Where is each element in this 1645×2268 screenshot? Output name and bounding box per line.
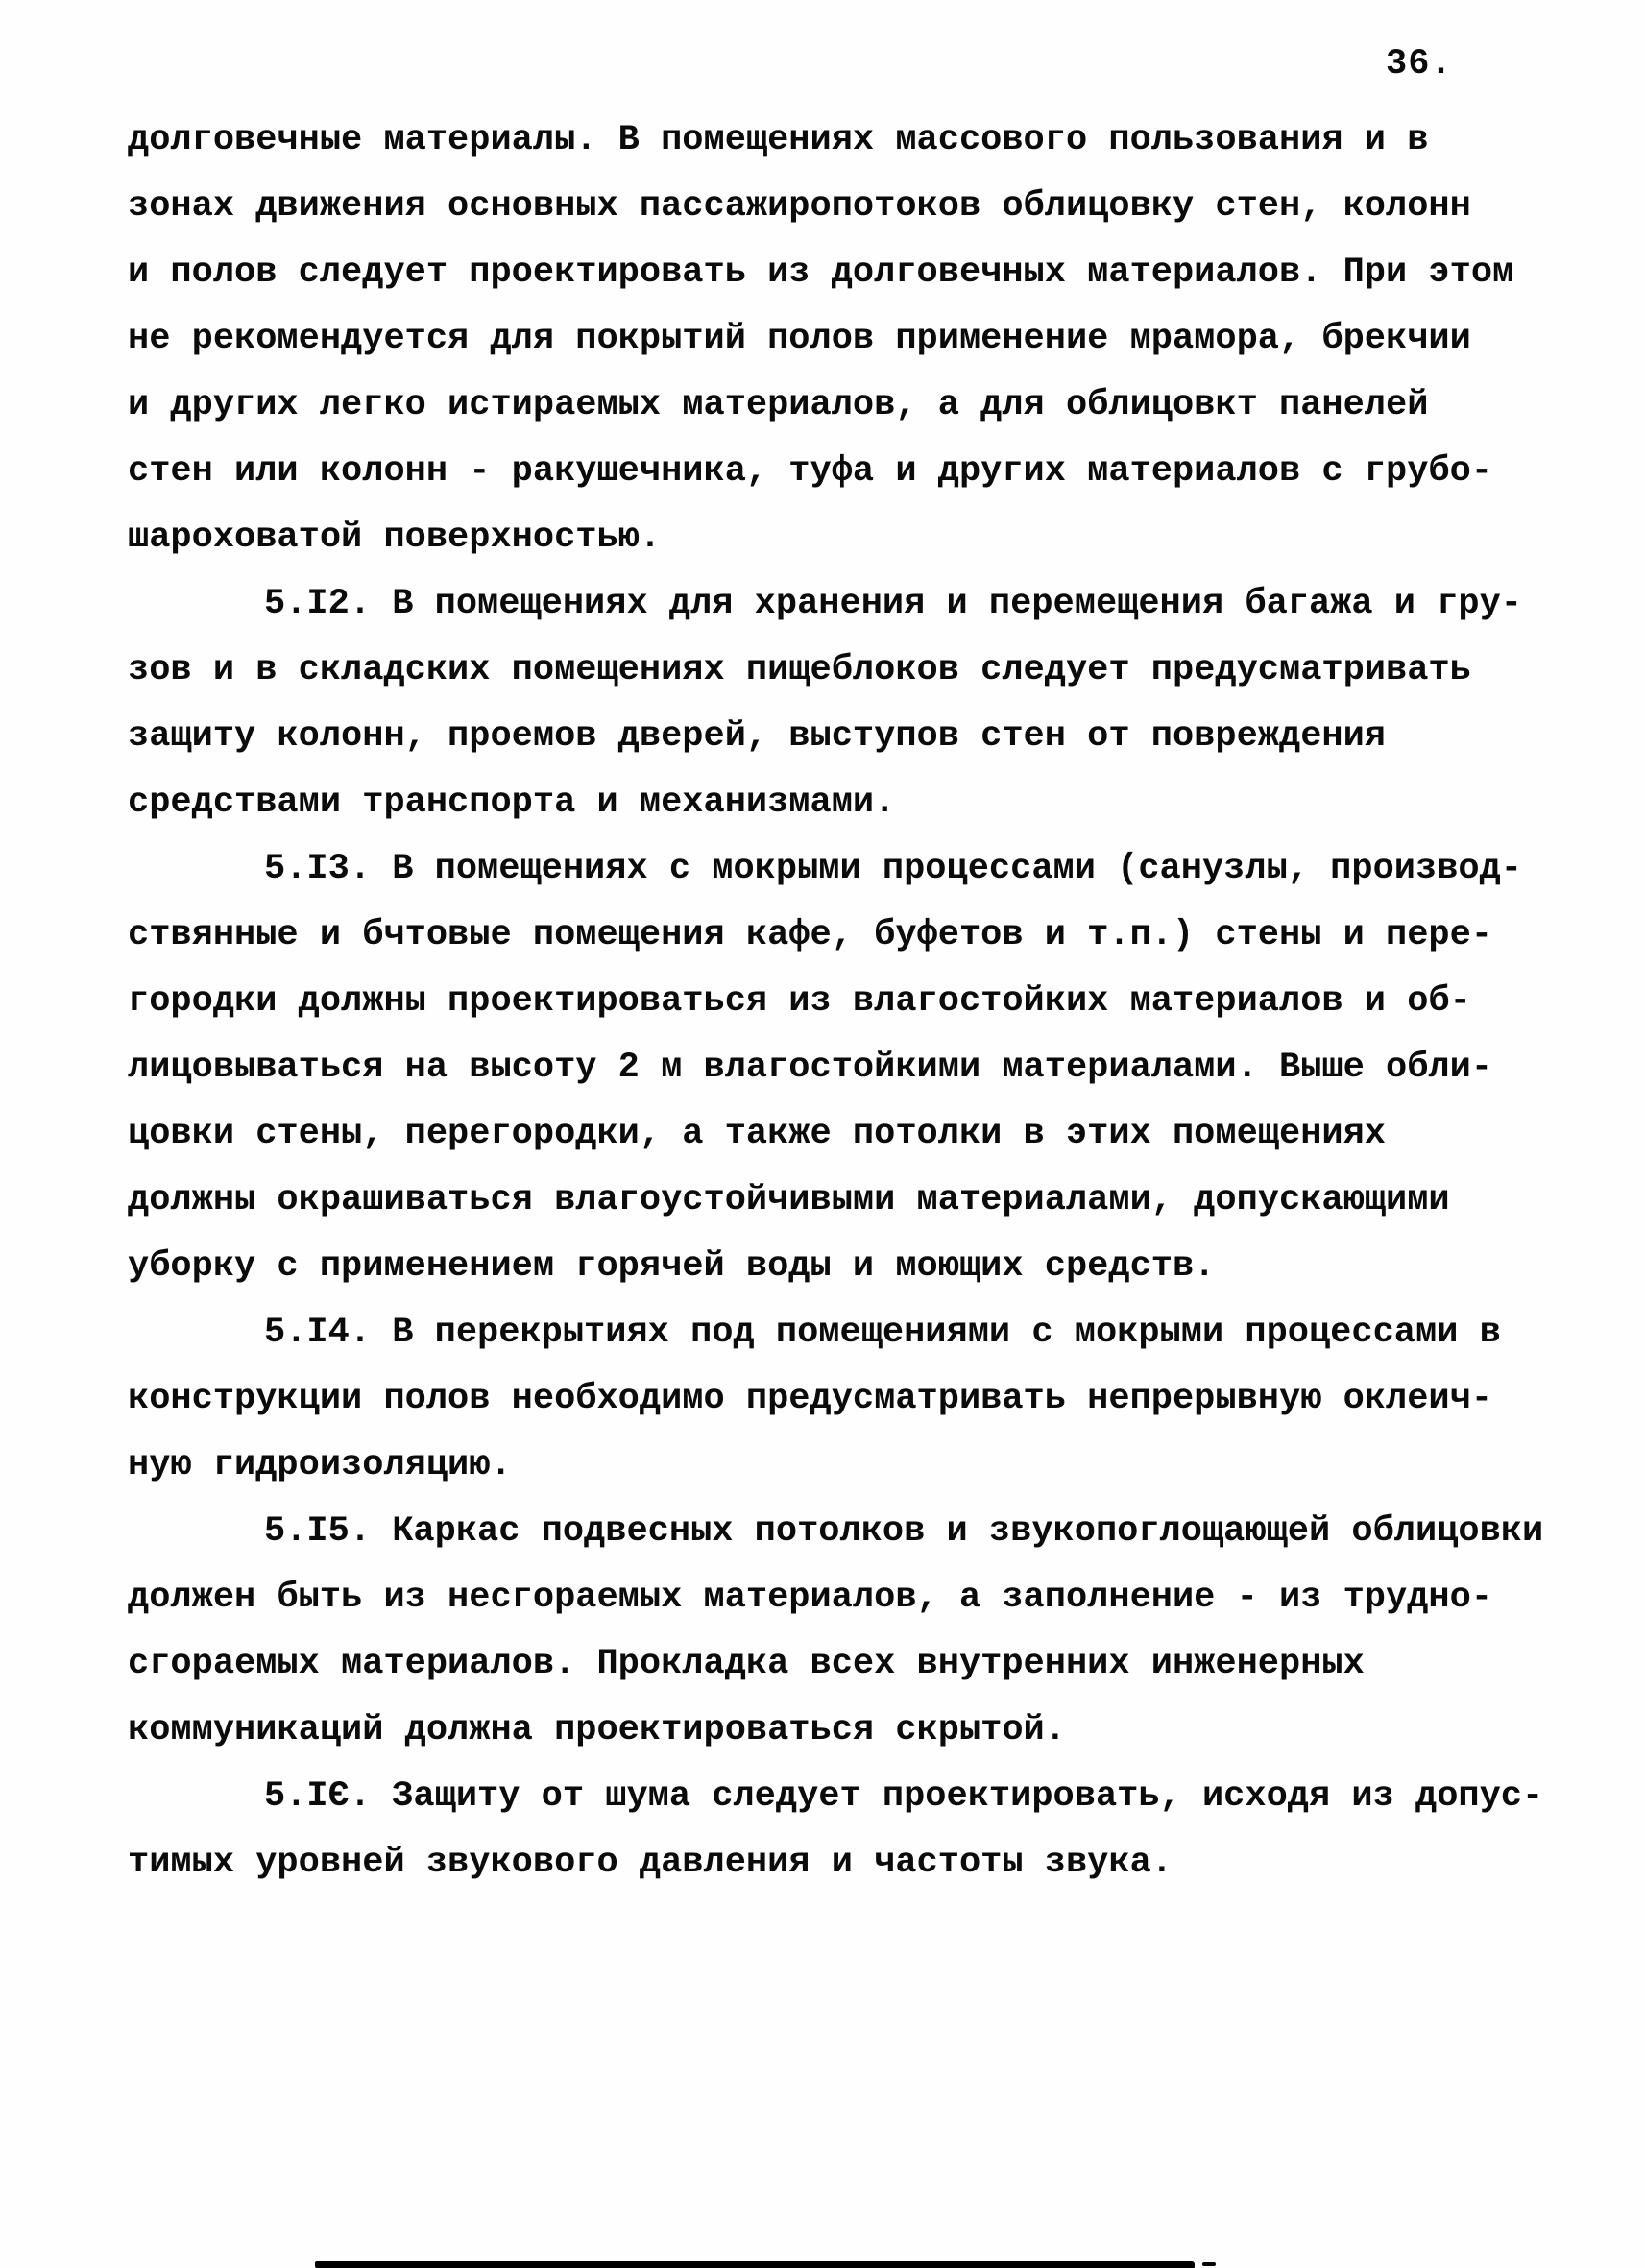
text-line: 5.IЄ. Защиту от шума следует проектирова… xyxy=(128,1764,1578,1830)
text-line: уборку с применением горячей воды и моющ… xyxy=(128,1234,1578,1300)
text-line: городки должны проектироваться из влагос… xyxy=(128,969,1578,1035)
document-page: 36. долговечные материалы. В помещениях … xyxy=(0,0,1645,2268)
text-line: цовки стены, перегородки, а также потолк… xyxy=(128,1101,1578,1168)
scan-speck-artifact xyxy=(1202,2262,1216,2266)
text-line: ную гидроизоляцию. xyxy=(128,1433,1578,1499)
paragraph: 5.I4. В перекрытиях под помещениями с мо… xyxy=(128,1300,1578,1499)
text-line: защиту колонн, проемов дверей, выступов … xyxy=(128,704,1578,770)
text-line: 5.I4. В перекрытиях под помещениями с мо… xyxy=(128,1300,1578,1366)
paragraph: 5.I5. Каркас подвесных потолков и звукоп… xyxy=(128,1499,1578,1764)
scan-edge-artifact xyxy=(315,2261,1195,2268)
text-line: 5.I3. В помещениях с мокрыми процессами … xyxy=(128,836,1578,903)
text-line: конструкции полов необходимо предусматри… xyxy=(128,1366,1578,1433)
text-line: лицовываться на высоту 2 м влагостойкими… xyxy=(128,1035,1578,1101)
page-number: 36. xyxy=(1386,44,1453,84)
text-line: должны окрашиваться влагоустойчивыми мат… xyxy=(128,1168,1578,1234)
text-line: стен или колонн - ракушечника, туфа и др… xyxy=(128,439,1578,505)
text-line: коммуникаций должна проектироваться скры… xyxy=(128,1698,1578,1764)
text-line: зов и в складских помещениях пищеблоков … xyxy=(128,638,1578,704)
text-line: тимых уровней звукового давления и часто… xyxy=(128,1830,1578,1896)
text-line: ствянные и бчтовые помещения кафе, буфет… xyxy=(128,903,1578,969)
text-line: и полов следует проектировать из долгове… xyxy=(128,240,1578,306)
text-line: шароховатой поверхностью. xyxy=(128,505,1578,571)
text-line: долговечные материалы. В помещениях масс… xyxy=(128,108,1578,174)
text-line: средствами транспорта и механизмами. xyxy=(128,770,1578,836)
document-body: долговечные материалы. В помещениях масс… xyxy=(128,108,1578,1896)
paragraph: 5.I2. В помещениях для хранения и переме… xyxy=(128,571,1578,836)
text-line: зонах движения основных пассажиропотоков… xyxy=(128,174,1578,240)
text-line: и других легко истираемых материалов, а … xyxy=(128,373,1578,439)
text-line: 5.I5. Каркас подвесных потолков и звукоп… xyxy=(128,1499,1578,1565)
text-line: сгораемых материалов. Прокладка всех вну… xyxy=(128,1631,1578,1698)
text-line: должен быть из несгораемых материалов, а… xyxy=(128,1565,1578,1631)
paragraph: 5.IЄ. Защиту от шума следует проектирова… xyxy=(128,1764,1578,1896)
text-line: 5.I2. В помещениях для хранения и переме… xyxy=(128,571,1578,638)
paragraph: 5.I3. В помещениях с мокрыми процессами … xyxy=(128,836,1578,1300)
text-line: не рекомендуется для покрытий полов прим… xyxy=(128,306,1578,373)
paragraph: долговечные материалы. В помещениях масс… xyxy=(128,108,1578,571)
